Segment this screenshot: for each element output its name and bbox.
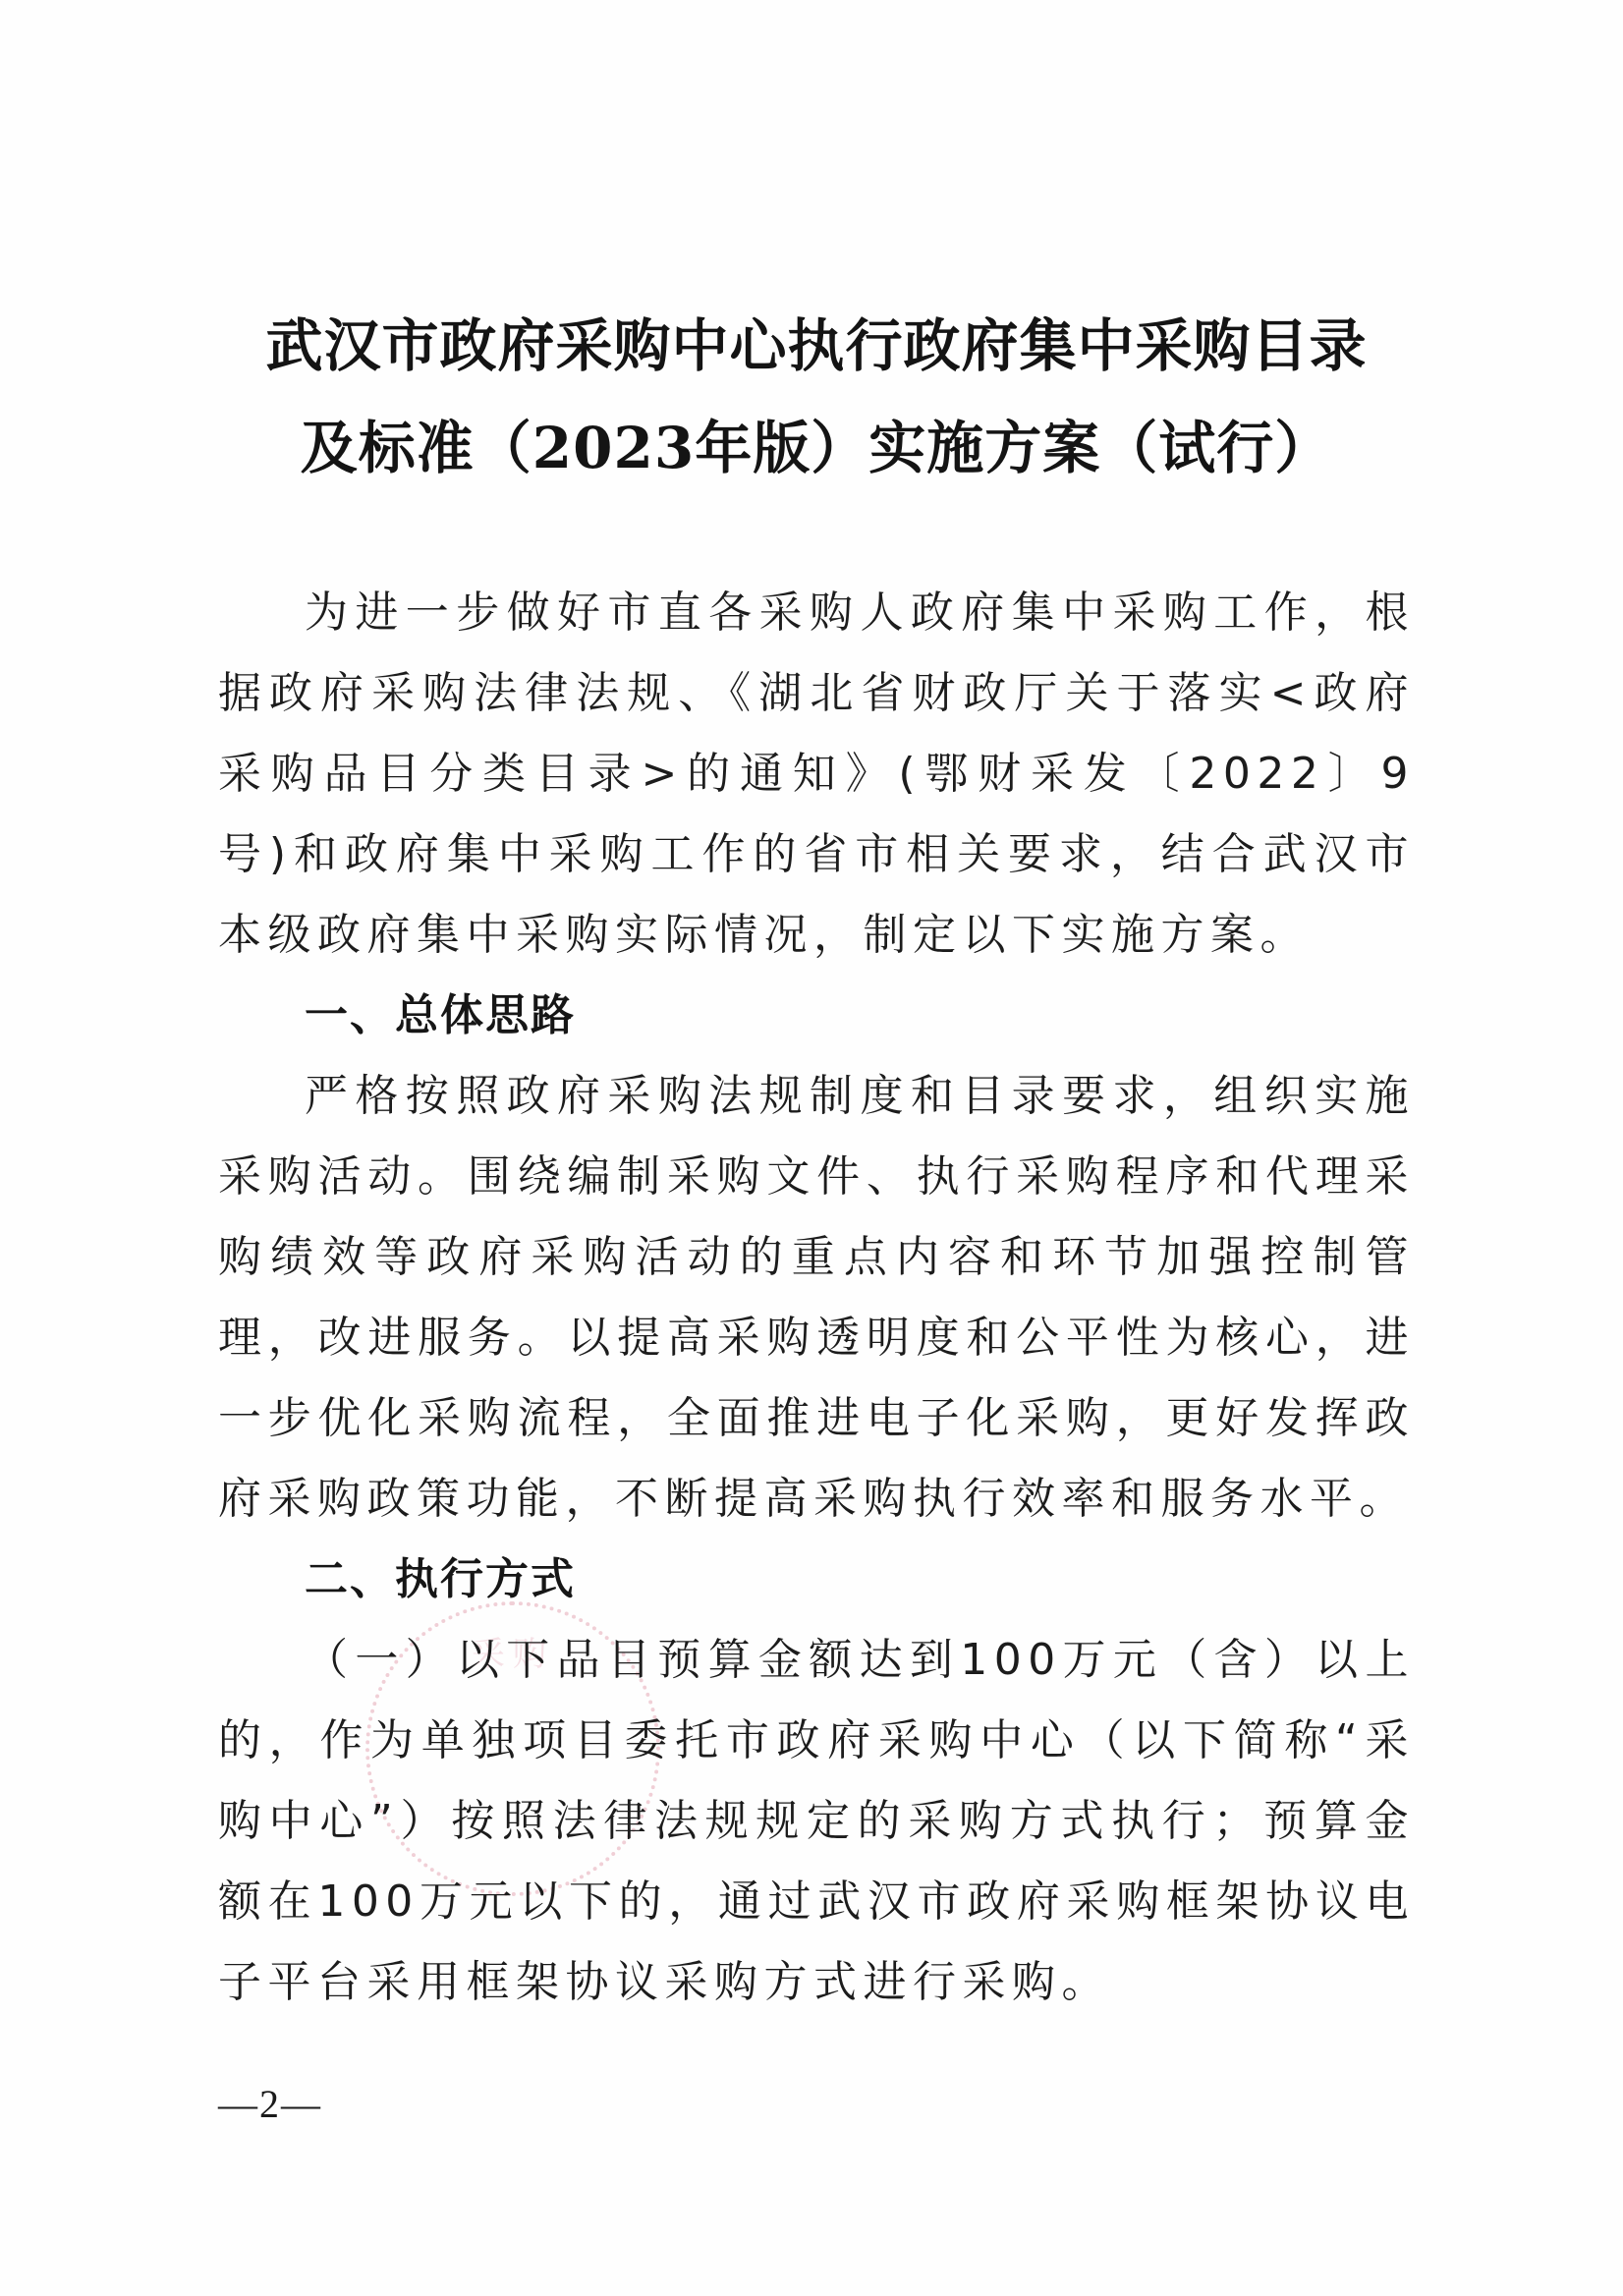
title-line-1: 武汉市政府采购中心执行政府集中采购目录 [218,295,1415,397]
page-number: —2— [218,2081,322,2127]
section-paragraph-execution-method: （一）以下品目预算金额达到100万元（含）以上的，作为单独项目委托市政府采购中心… [218,1620,1415,2023]
section-heading-overall-approach: 一、总体思路 [218,976,1415,1056]
section-paragraph-overall-approach: 严格按照政府采购法规制度和目录要求，组织实施采购活动。围绕编制采购文件、执行采购… [218,1056,1415,1540]
document-title: 武汉市政府采购中心执行政府集中采购目录 及标准（2023年版）实施方案（试行） [218,295,1415,499]
document-page: 采购 武汉市政府采购中心执行政府集中采购目录 及标准（2023年版）实施方案（试… [0,0,1623,2296]
document-body: 为进一步做好市直各采购人政府集中采购工作，根据政府采购法律法规、《湖北省财政厅关… [218,573,1415,2023]
section-heading-execution-method: 二、执行方式 [218,1540,1415,1620]
intro-paragraph: 为进一步做好市直各采购人政府集中采购工作，根据政府采购法律法规、《湖北省财政厅关… [218,573,1415,976]
title-line-2: 及标准（2023年版）实施方案（试行） [218,397,1415,499]
